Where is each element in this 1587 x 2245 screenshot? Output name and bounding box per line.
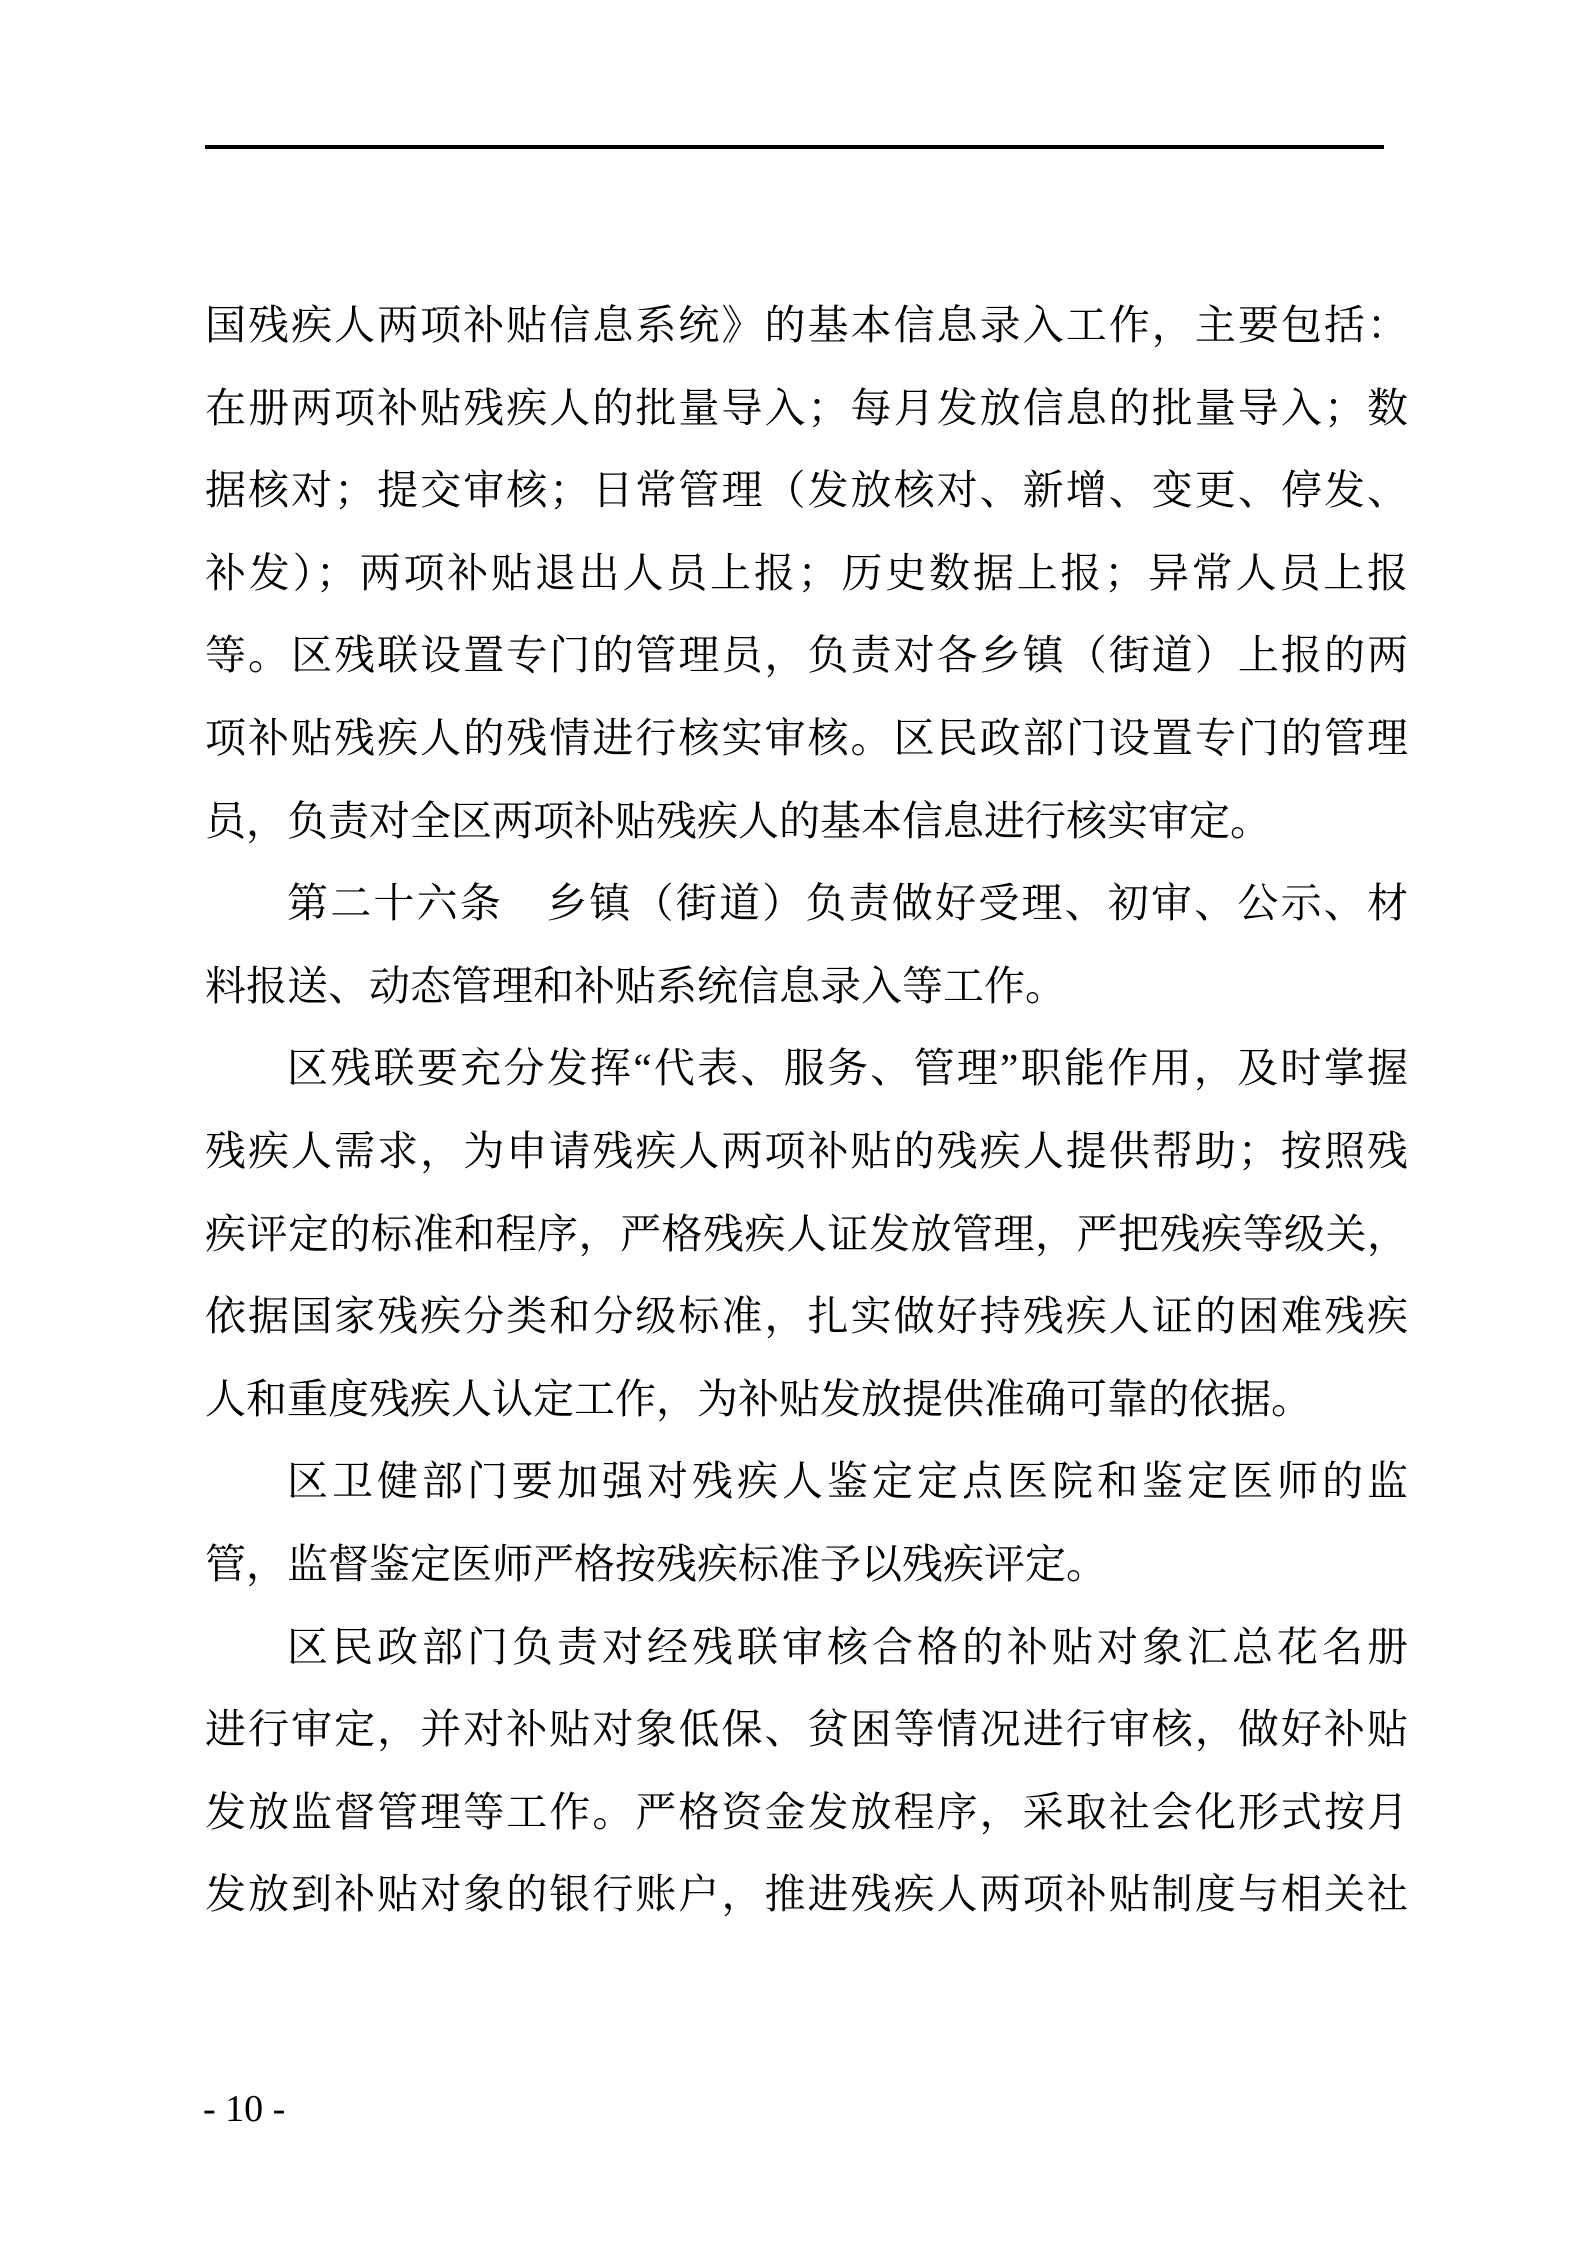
text-line: 区民政部门负责对经残联审核合格的补贴对象汇总花名册: [205, 1606, 1408, 1689]
text-line: 员，负责对全区两项补贴残疾人的基本信息进行核实审定。: [205, 780, 1408, 863]
text-line: 等。区残联设置专门的管理员，负责对各乡镇（街道）上报的两: [205, 614, 1408, 697]
text-line: 料报送、动态管理和补贴系统信息录入等工作。: [205, 945, 1408, 1028]
text-line: 国残疾人两项补贴信息系统》的基本信息录入工作，主要包括：: [205, 284, 1408, 367]
document-body: 国残疾人两项补贴信息系统》的基本信息录入工作，主要包括： 在册两项补贴残疾人的批…: [205, 284, 1408, 1936]
text-line: 人和重度残疾人认定工作，为补贴发放提供准确可靠的依据。: [205, 1358, 1408, 1441]
text-line: 疾评定的标准和程序，严格残疾人证发放管理，严把残疾等级关，: [205, 1193, 1408, 1276]
text-line-article-26: 第二十六条 乡镇（街道）负责做好受理、初审、公示、材: [205, 862, 1408, 945]
text-line: 进行审定，并对补贴对象低保、贫困等情况进行审核，做好补贴: [205, 1688, 1408, 1771]
text-line: 补发）；两项补贴退出人员上报；历史数据上报；异常人员上报: [205, 532, 1408, 615]
text-line: 项补贴残疾人的残情进行核实审核。区民政部门设置专门的管理: [205, 697, 1408, 780]
text-line: 管，监督鉴定医师严格按残疾标准予以残疾评定。: [205, 1523, 1408, 1606]
text-line: 据核对；提交审核；日常管理（发放核对、新增、变更、停发、: [205, 449, 1408, 532]
text-line: 发放到补贴对象的银行账户，推进残疾人两项补贴制度与相关社: [205, 1853, 1408, 1936]
text-line: 在册两项补贴残疾人的批量导入；每月发放信息的批量导入；数: [205, 367, 1408, 450]
text-line: 残疾人需求，为申请残疾人两项补贴的残疾人提供帮助；按照残: [205, 1110, 1408, 1193]
text-line: 依据国家残疾分类和分级标准，扎实做好持残疾人证的困难残疾: [205, 1275, 1408, 1358]
document-page: 国残疾人两项补贴信息系统》的基本信息录入工作，主要包括： 在册两项补贴残疾人的批…: [0, 0, 1587, 2245]
text-line: 发放监督管理等工作。严格资金发放程序，采取社会化形式按月: [205, 1771, 1408, 1854]
text-line: 区卫健部门要加强对残疾人鉴定定点医院和鉴定医师的监: [205, 1440, 1408, 1523]
header-rule: [205, 145, 1384, 149]
page-number: - 10 -: [203, 2089, 285, 2129]
text-line: 区残联要充分发挥“代表、服务、管理”职能作用，及时掌握: [205, 1027, 1408, 1110]
